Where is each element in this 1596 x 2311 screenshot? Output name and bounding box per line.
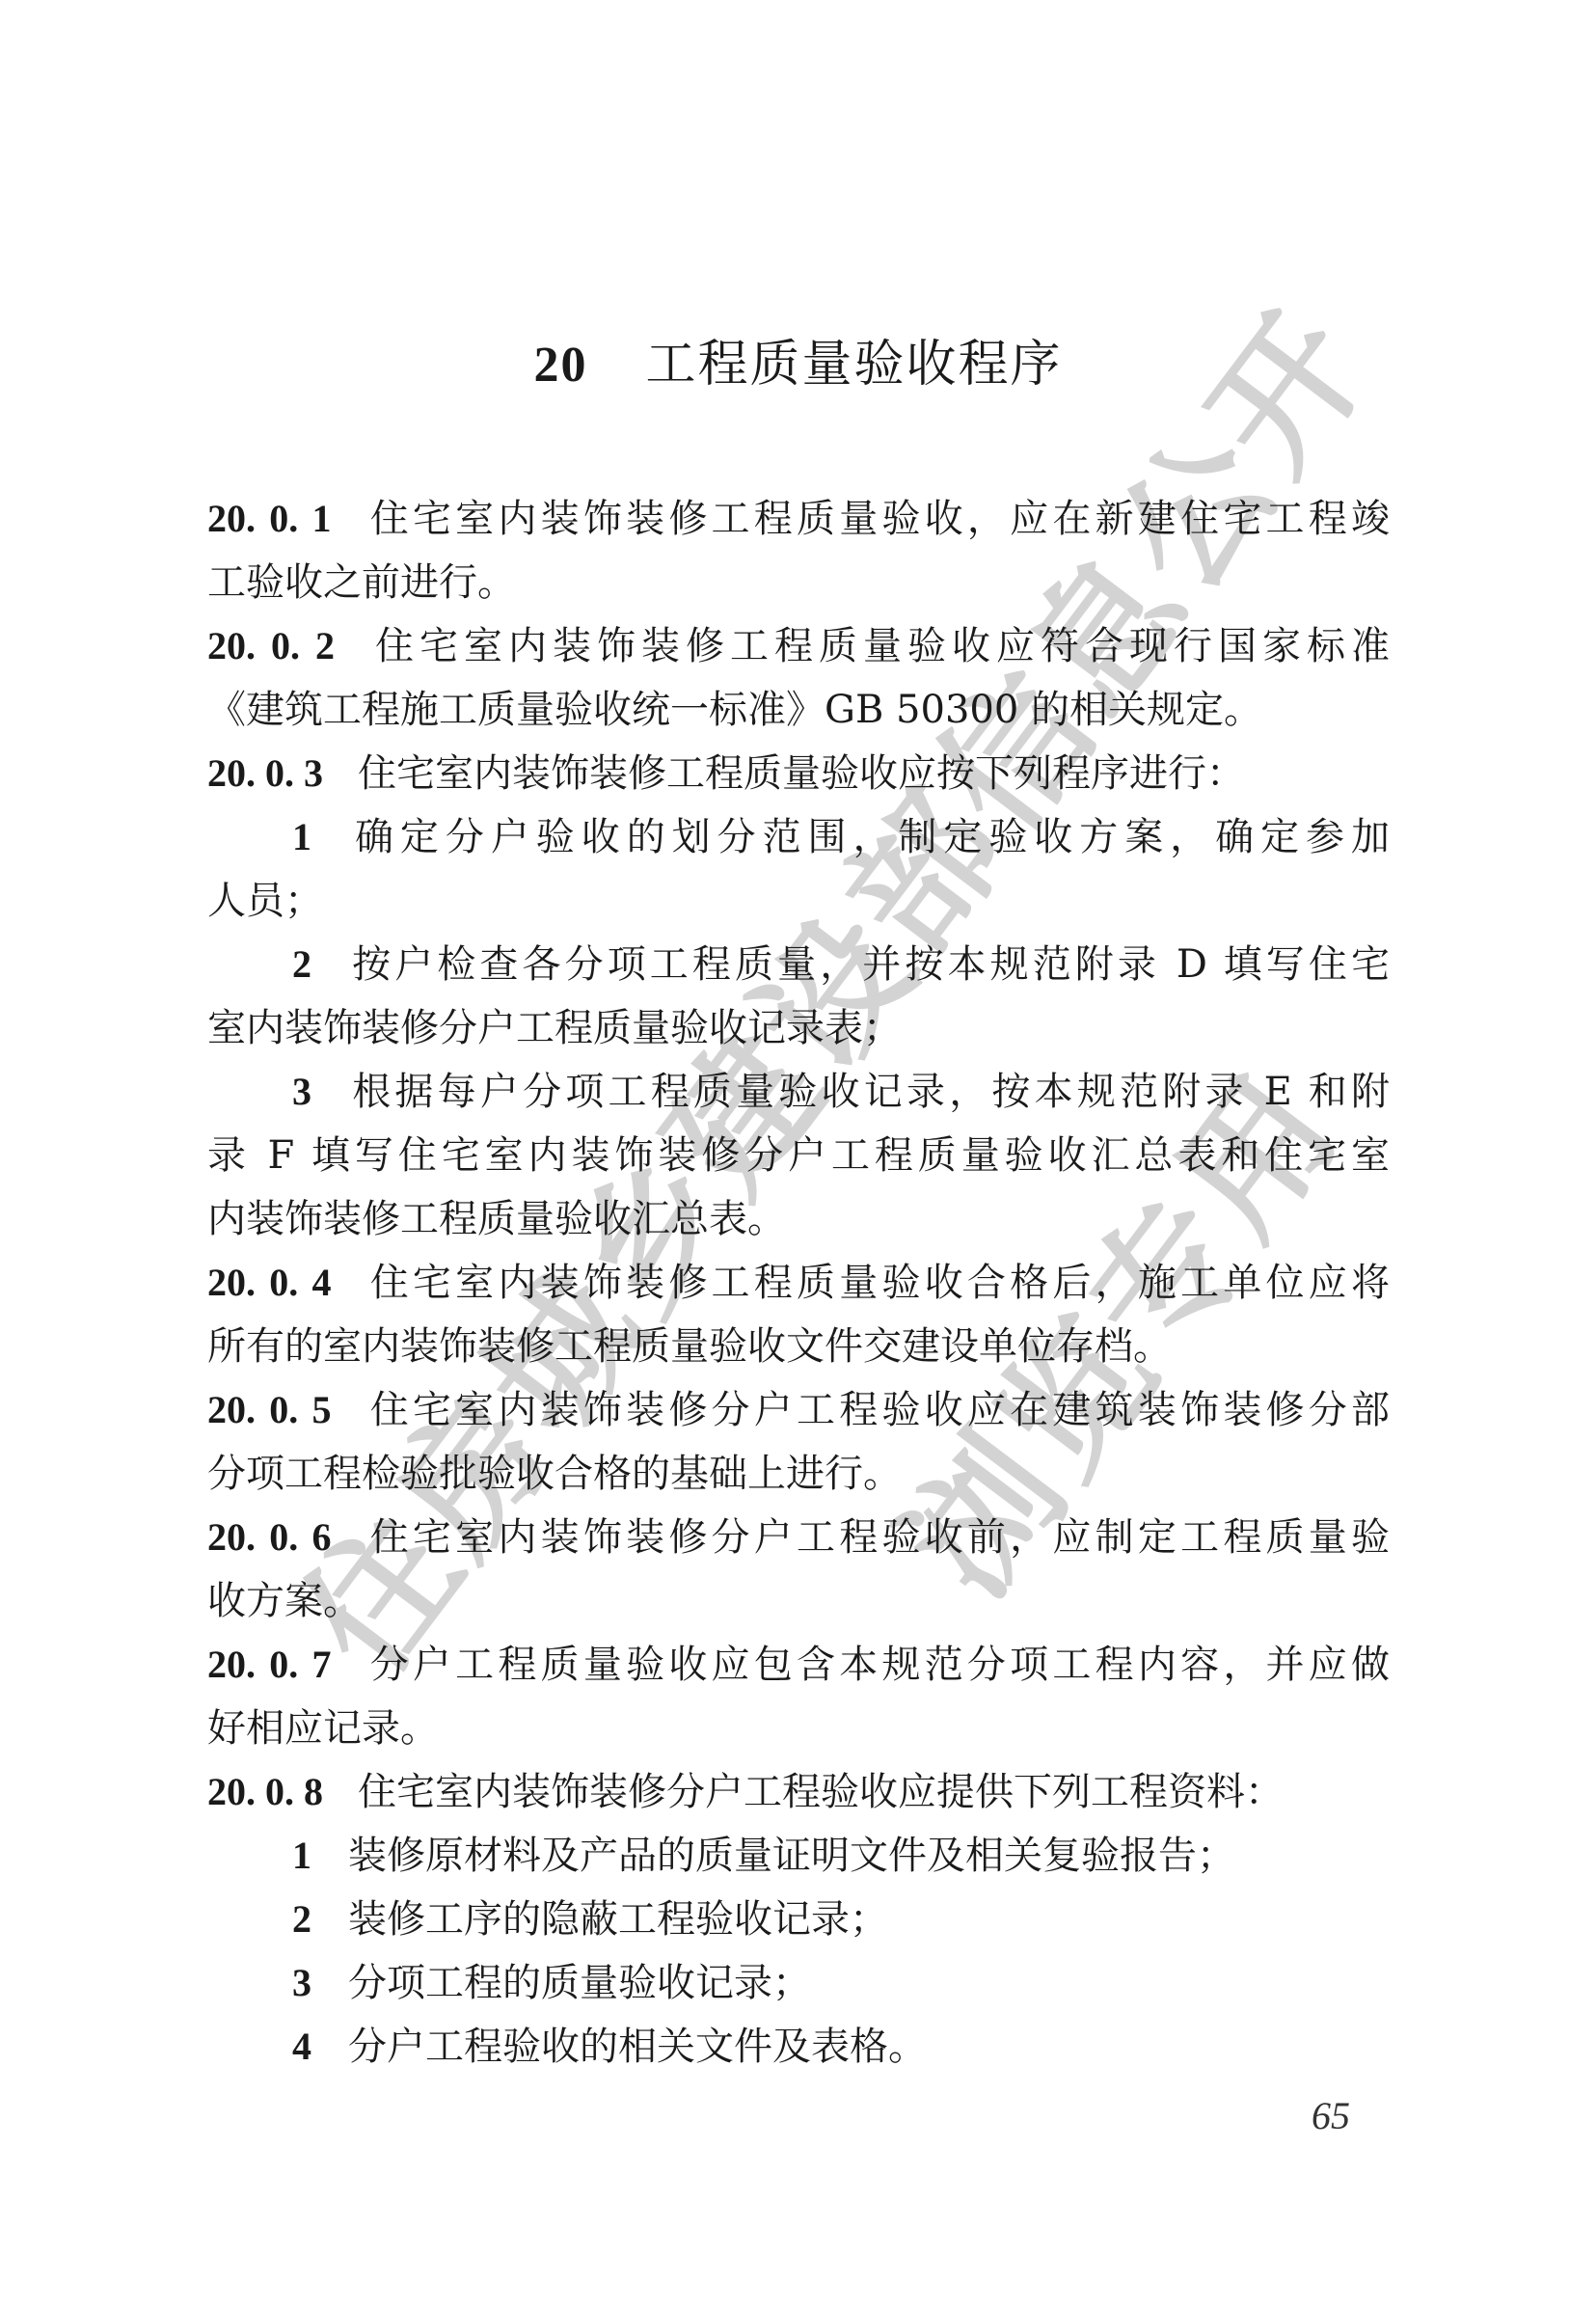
- chapter-title: 20工程质量验收程序: [0, 323, 1596, 395]
- clause-body: 20. 0. 1住宅室内装饰装修工程质量验收，应在新建住宅工程竣工验收之前进行。…: [207, 487, 1390, 2079]
- text-line: 人员；: [207, 869, 1390, 933]
- list-item-line: 2按户检查各分项工程质量，并按本规范附录 D 填写住宅: [207, 933, 1390, 996]
- clause-line: 20. 0. 3住宅室内装饰装修工程质量验收应按下列程序进行：: [207, 742, 1390, 805]
- text-line: 《建筑工程施工质量验收统一标准》GB 50300 的相关规定。: [207, 678, 1390, 742]
- clause-line: 20. 0. 5住宅室内装饰装修分户工程验收应在建筑装饰装修分部: [207, 1378, 1390, 1442]
- line-text: 住宅室内装饰装修分户工程验收应提供下列工程资料：: [358, 1770, 1284, 1814]
- clause-number: 20. 0. 2: [207, 624, 335, 667]
- text-line: 内装饰装修工程质量验收汇总表。: [207, 1187, 1390, 1251]
- item-number: 1: [292, 805, 311, 869]
- text-line: 分项工程检验批验收合格的基础上进行。: [207, 1442, 1390, 1506]
- list-item-line: 3分项工程的质量验收记录；: [207, 1951, 1390, 2015]
- clause-number: 20. 0. 7: [207, 1643, 331, 1686]
- text-line: 所有的室内装饰装修工程质量验收文件交建设单位存档。: [207, 1315, 1390, 1378]
- line-text: 装修工序的隐蔽工程验收记录；: [348, 1897, 888, 1942]
- line-text: 所有的室内装饰装修工程质量验收文件交建设单位存档。: [207, 1324, 1172, 1369]
- line-text: 按户检查各分项工程质量，并按本规范附录 D 填写住宅: [348, 942, 1390, 987]
- line-text: 好相应记录。: [207, 1706, 439, 1751]
- line-text: 装修原材料及产品的质量证明文件及相关复验报告；: [348, 1834, 1235, 1878]
- line-text: 录 F 填写住宅室内装饰装修分户工程质量验收汇总表和住宅室: [207, 1133, 1390, 1178]
- list-item-line: 2装修工序的隐蔽工程验收记录；: [207, 1888, 1390, 1951]
- line-text: 人员；: [207, 879, 323, 923]
- clause-line: 20. 0. 8住宅室内装饰装修分户工程验收应提供下列工程资料：: [207, 1760, 1390, 1824]
- text-line: 好相应记录。: [207, 1697, 1390, 1760]
- clause-line: 20. 0. 1住宅室内装饰装修工程质量验收，应在新建住宅工程竣: [207, 487, 1390, 551]
- line-text: 根据每户分项工程质量验收记录，按本规范附录 E 和附: [348, 1070, 1390, 1114]
- item-number: 3: [292, 1060, 311, 1124]
- line-text: 分户工程质量验收应包含本规范分项工程内容，并应做: [365, 1643, 1390, 1687]
- line-text: 室内装饰装修分户工程质量验收记录表；: [207, 1006, 902, 1050]
- text-line: 室内装饰装修分户工程质量验收记录表；: [207, 996, 1390, 1060]
- line-text: 住宅室内装饰装修分户工程验收前，应制定工程质量验: [365, 1515, 1390, 1560]
- line-text: 住宅室内装饰装修工程质量验收应按下列程序进行：: [358, 751, 1245, 796]
- item-number: 3: [292, 1951, 311, 2015]
- line-text: 分项工程检验批验收合格的基础上进行。: [207, 1452, 902, 1496]
- line-text: 住宅室内装饰装修工程质量验收合格后，施工单位应将: [365, 1261, 1390, 1305]
- clause-number: 20. 0. 1: [207, 497, 331, 540]
- item-number: 1: [292, 1824, 311, 1888]
- clause-number: 20. 0. 4: [207, 1261, 331, 1304]
- line-text: 收方案。: [207, 1579, 362, 1623]
- item-number: 2: [292, 933, 311, 996]
- line-text: 分户工程验收的相关文件及表格。: [348, 2025, 927, 2069]
- document-page: 住房城乡建设部信息公开 浏览专用 20工程质量验收程序 20. 0. 1住宅室内…: [0, 0, 1596, 2311]
- list-item-line: 4分户工程验收的相关文件及表格。: [207, 2015, 1390, 2079]
- list-item-line: 1确定分户验收的划分范围，制定验收方案，确定参加: [207, 805, 1390, 869]
- line-text: 分项工程的质量验收记录；: [348, 1961, 811, 2005]
- line-text: 住宅室内装饰装修工程质量验收，应在新建住宅工程竣: [365, 497, 1390, 541]
- line-text: 确定分户验收的划分范围，制定验收方案，确定参加: [348, 815, 1390, 859]
- clause-number: 20. 0. 6: [207, 1515, 331, 1559]
- item-number: 4: [292, 2015, 311, 2079]
- text-line: 工验收之前进行。: [207, 551, 1390, 614]
- chapter-title-text: 工程质量验收程序: [645, 336, 1062, 394]
- clause-line: 20. 0. 2住宅室内装饰装修工程质量验收应符合现行国家标准: [207, 614, 1390, 678]
- page-number: 65: [1312, 2093, 1350, 2138]
- line-text: 住宅室内装饰装修分户工程验收应在建筑装饰装修分部: [365, 1388, 1390, 1432]
- clause-line: 20. 0. 7分户工程质量验收应包含本规范分项工程内容，并应做: [207, 1633, 1390, 1697]
- clause-number: 20. 0. 8: [207, 1770, 323, 1813]
- line-text: 住宅室内装饰装修工程质量验收应符合现行国家标准: [369, 624, 1390, 668]
- clause-line: 20. 0. 4住宅室内装饰装修工程质量验收合格后，施工单位应将: [207, 1251, 1390, 1315]
- text-line: 收方案。: [207, 1569, 1390, 1633]
- clause-number: 20. 0. 3: [207, 751, 323, 795]
- list-item-line: 1装修原材料及产品的质量证明文件及相关复验报告；: [207, 1824, 1390, 1888]
- line-text: 内装饰装修工程质量验收汇总表。: [207, 1197, 786, 1241]
- line-text: 《建筑工程施工质量验收统一标准》GB 50300 的相关规定。: [207, 688, 1262, 732]
- clause-line: 20. 0. 6住宅室内装饰装修分户工程验收前，应制定工程质量验: [207, 1506, 1390, 1569]
- text-line: 录 F 填写住宅室内装饰装修分户工程质量验收汇总表和住宅室: [207, 1124, 1390, 1187]
- chapter-number: 20: [533, 338, 587, 393]
- item-number: 2: [292, 1888, 311, 1951]
- line-text: 工验收之前进行。: [207, 560, 516, 605]
- list-item-line: 3根据每户分项工程质量验收记录，按本规范附录 E 和附: [207, 1060, 1390, 1124]
- clause-number: 20. 0. 5: [207, 1388, 331, 1431]
